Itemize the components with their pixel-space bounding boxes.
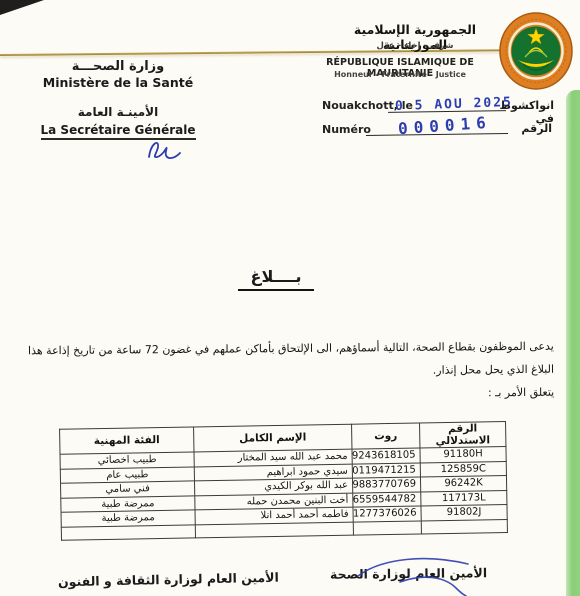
office-name-arabic: الأمينـة العامة xyxy=(36,105,200,119)
body-paragraph: يدعى الموظفون بقطاع الصحة، التالية أسماؤ… xyxy=(26,335,555,409)
scanned-letter-page: الجمهورية الإسلامية الموريتانية شرف - إخ… xyxy=(0,0,580,596)
numero-label-fr: Numéro xyxy=(322,123,371,136)
col-header-category: الفئة المهنية xyxy=(60,427,194,454)
staff-roster-table-wrap: الرقم الاستدلالي روت الإسم الكامل الفئة … xyxy=(59,421,507,540)
cell-empty xyxy=(421,519,507,533)
scan-corner-artifact xyxy=(0,0,44,15)
signature-title-culture: الأمين العام لوزارة الثقافة و الفنون xyxy=(58,570,279,590)
cell-id: 125859C xyxy=(420,461,506,477)
national-motto-french: Honneur - Fraternité - Justice xyxy=(305,70,495,79)
staff-roster-table: الرقم الاستدلالي روت الإسم الكامل الفئة … xyxy=(59,421,508,540)
cell-empty xyxy=(195,522,353,538)
body-line-3: يتعلق الأمر بـ : xyxy=(26,381,554,409)
col-header-rout: روت xyxy=(352,423,420,449)
scanner-edge-strip xyxy=(566,90,580,596)
mauritania-seal-icon xyxy=(499,12,573,90)
cell-id: 91802J xyxy=(421,504,507,520)
numero-label-ar: الرقم xyxy=(512,122,552,135)
ministry-block: وزارة الصحـــة Ministère de la Santé xyxy=(36,59,200,90)
cell-id: 117173L xyxy=(421,490,507,506)
cell-rout: 1277376026 xyxy=(353,506,421,522)
cell-empty xyxy=(353,520,421,534)
body-line-2: البلاغ الذي يحل محل إنذار. xyxy=(26,358,554,386)
cell-id: 91180H xyxy=(420,446,506,462)
cell-rout: 9883770769 xyxy=(352,477,420,493)
document-title: بــــلاغ xyxy=(238,267,314,291)
signature-ink-strokes xyxy=(348,552,478,596)
cell-rout: 9243618105 xyxy=(352,448,420,464)
cell-id: 96242K xyxy=(420,475,506,491)
col-header-fullname: الإسم الكامل xyxy=(194,424,352,452)
col-header-id: الرقم الاستدلالي xyxy=(420,421,506,447)
ministry-name-french: Ministère de la Santé xyxy=(36,75,200,90)
ministry-name-arabic: وزارة الصحـــة xyxy=(36,59,200,74)
initials-signature-ink xyxy=(142,134,186,170)
national-motto-arabic: شرف - إخاء - عدل xyxy=(355,41,475,51)
cell-empty xyxy=(61,524,195,539)
cell-rout: 0119471215 xyxy=(352,462,420,478)
cell-rout: 6559544782 xyxy=(353,491,421,507)
